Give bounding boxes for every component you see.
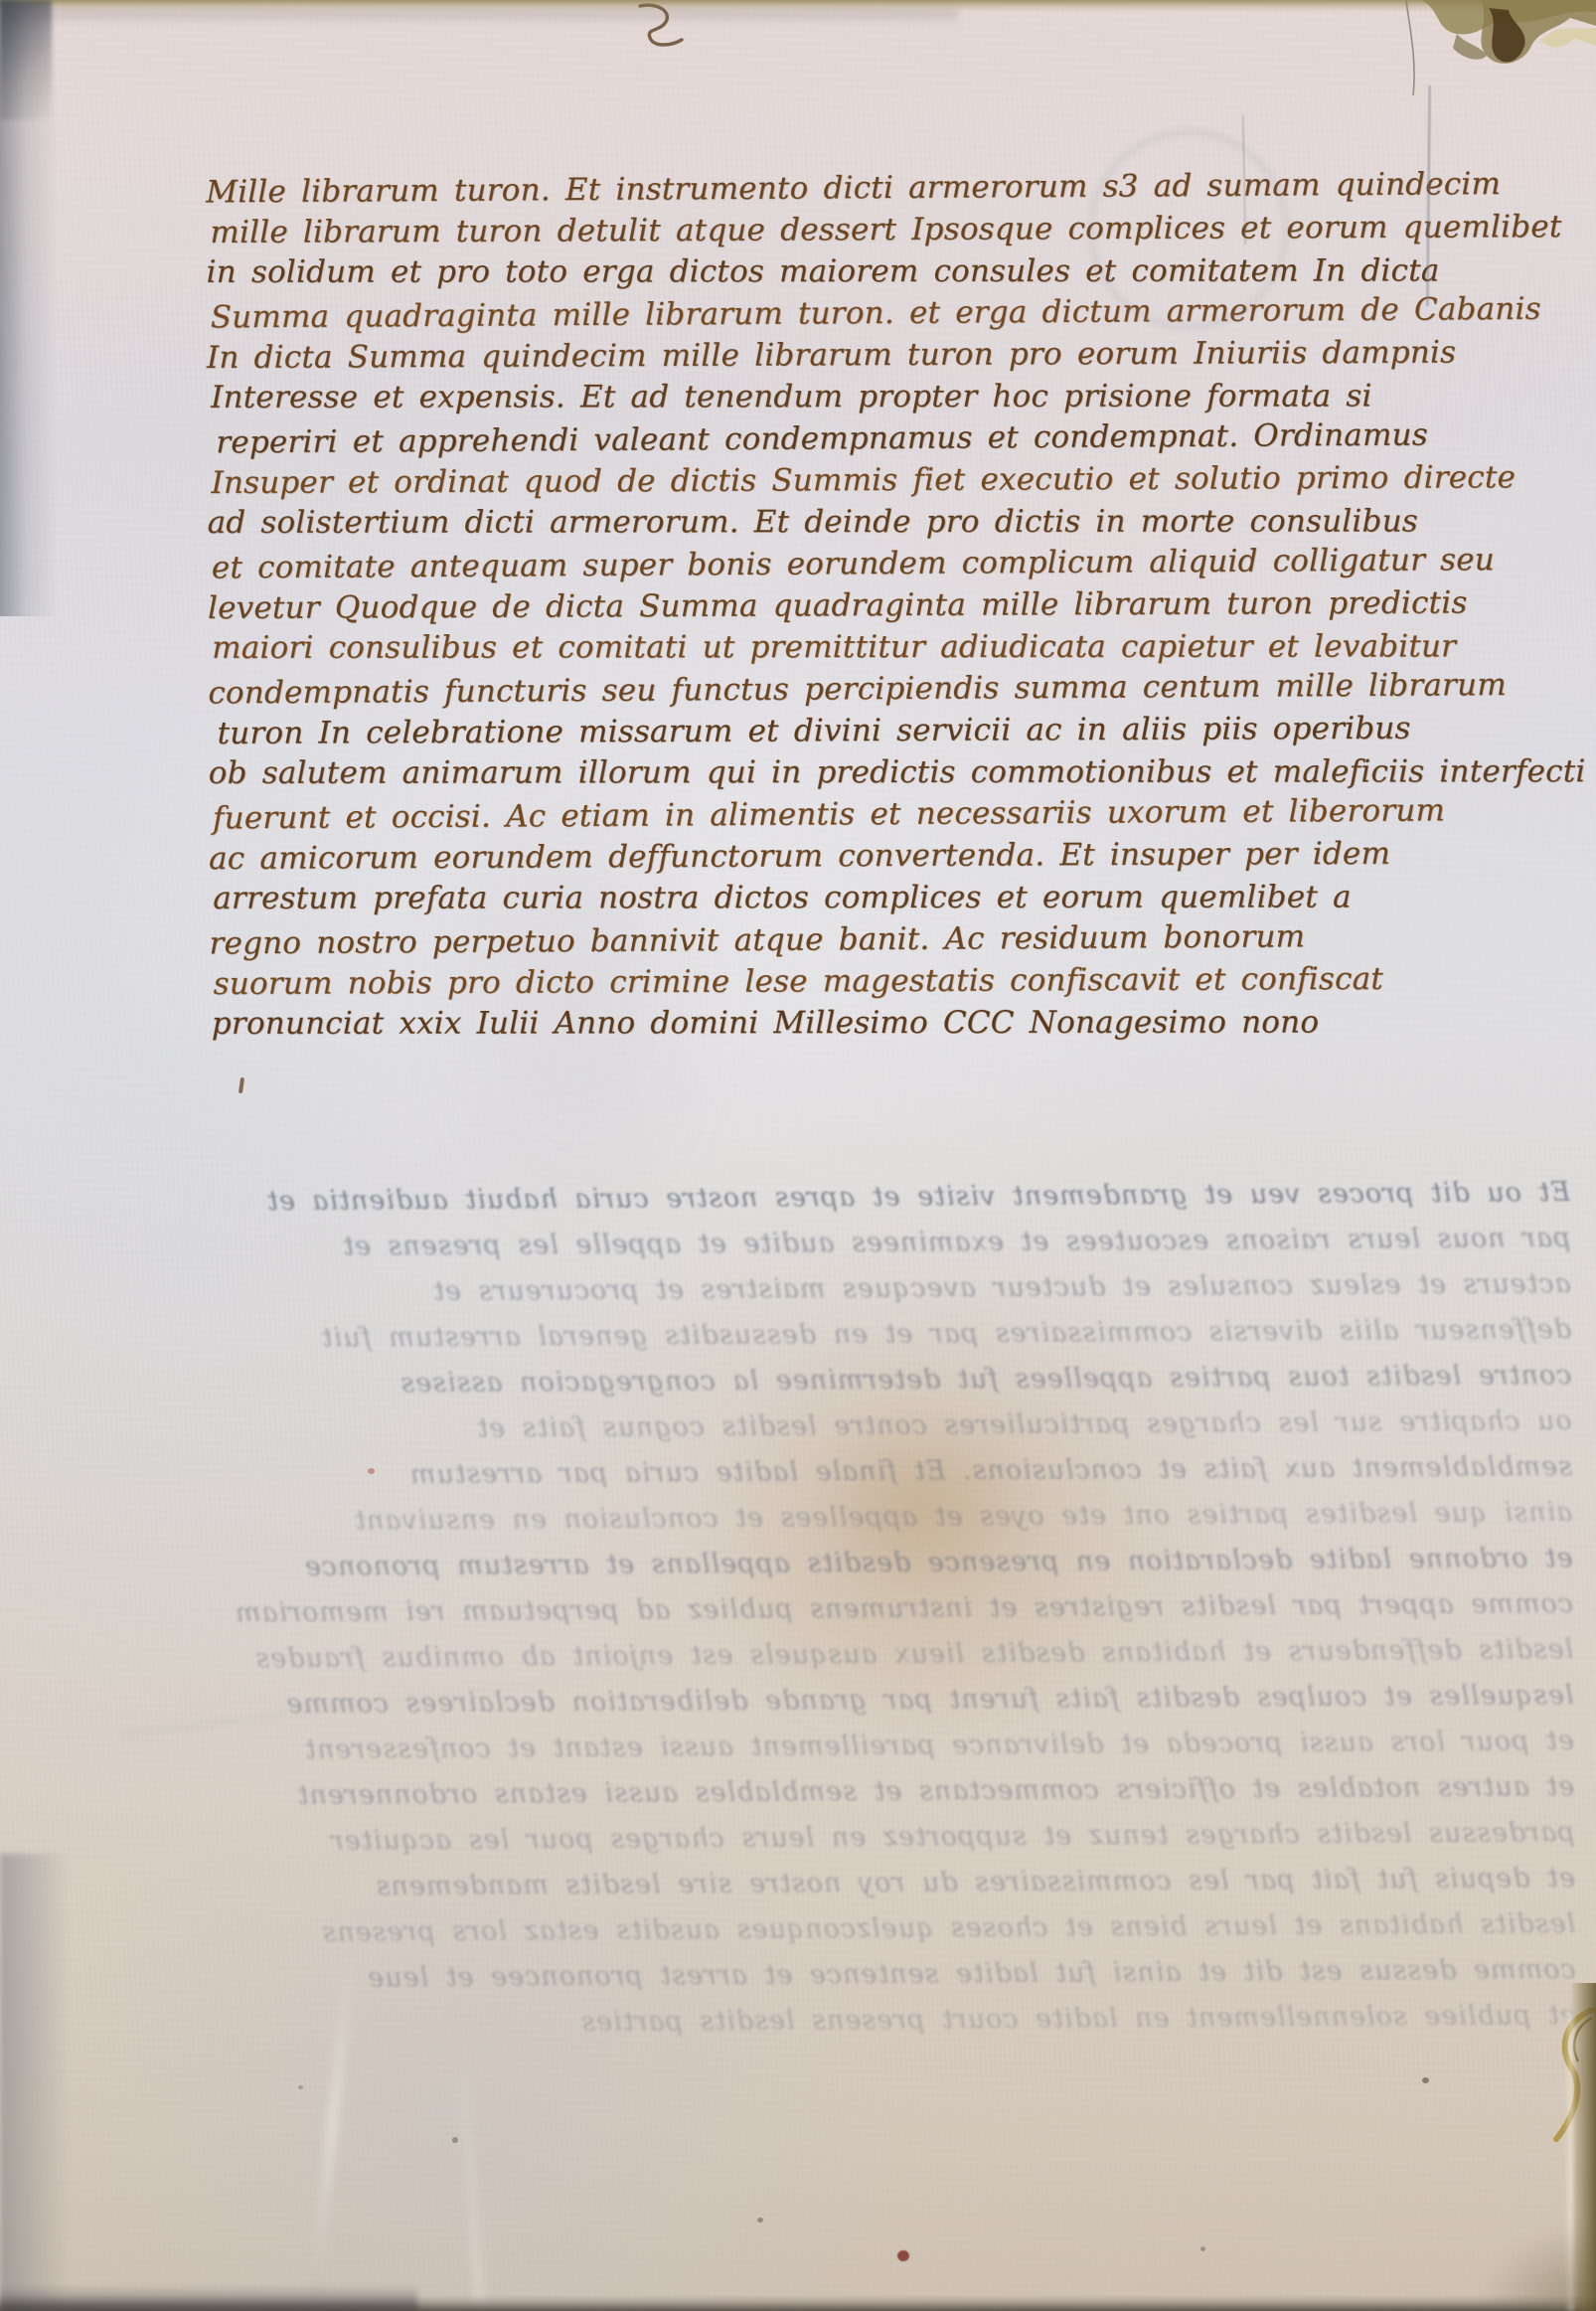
manuscript-line: et comitate antequam super bonis eorunde… <box>212 539 1559 589</box>
manuscript-line: ad solistertium dicti armerorum. Et dein… <box>208 500 1559 544</box>
parchment-damage-top-right <box>1361 0 1596 149</box>
manuscript-line: pronunciat xxix Iulii Anno domini Milles… <box>212 1001 1561 1045</box>
page-left-edge-shadow-bottom <box>0 1854 70 2311</box>
manuscript-line: arrestum prefata curia nostra dictos com… <box>213 876 1560 919</box>
manuscript-line: fuerunt et occisi. Ac etiam in alimentis… <box>213 789 1560 840</box>
manuscript-line: in solidum et pro toto erga dictos maior… <box>207 249 1558 293</box>
dark-speck <box>1200 2246 1205 2251</box>
page-bottom-edge-left <box>0 2285 417 2311</box>
manuscript-line: mille librarum turon detulit atque desse… <box>210 206 1557 253</box>
manuscript-line: ob salutem animarum illorum qui in predi… <box>209 750 1560 794</box>
manuscript-line: maiori consulibus et comitati ut premitt… <box>212 625 1559 669</box>
bleedthrough-line: et publiee solennellement en ladite cour… <box>239 1993 1576 2048</box>
manuscript-line: Summa quadraginta mille librarum turon. … <box>211 288 1558 339</box>
seal-ghost-ring <box>1088 129 1289 330</box>
stray-ink-mark <box>239 1077 244 1093</box>
manuscript-line: condempnatis functuris seu functus perci… <box>208 664 1559 715</box>
manuscript-text-block: Mille librarum turon. Et instrumento dic… <box>206 164 1561 1047</box>
manuscript-line: regno nostro perpetuo bannivit atque ban… <box>209 914 1560 965</box>
manuscript-line: reperiri et apprehendi valeant condempna… <box>216 413 1558 464</box>
manuscript-line: Interesse et expensis. Et ad tenendum pr… <box>211 375 1558 418</box>
parchment-crease <box>457 2028 483 2306</box>
dark-speck <box>757 2218 763 2223</box>
red-speck <box>368 1468 375 1474</box>
manuscript-line: Mille librarum turon. Et instrumento dic… <box>206 163 1557 214</box>
page-corner-bottom-right <box>1477 2222 1596 2311</box>
manuscript-line: suorum nobis pro dicto crimine lese mage… <box>214 957 1561 1005</box>
page-corner-top-left <box>0 0 52 119</box>
manuscript-line: levetur Quodque de dicta Summa quadragin… <box>208 581 1559 629</box>
manuscript-line: Insuper et ordinat quod de dictis Summis… <box>211 456 1558 504</box>
dark-speck <box>452 2137 458 2143</box>
manuscript-page-photo: Et ou dit proces veu et grandement visit… <box>0 0 1596 2311</box>
manuscript-line: In dicta Summa quindecim mille librarum … <box>207 331 1558 379</box>
red-wax-speck <box>897 2250 909 2261</box>
verso-bleedthrough-block: Et ou dit proces veu et grandement visit… <box>114 1170 1576 2049</box>
manuscript-line: turon In celebratione missarum et divini… <box>217 707 1559 754</box>
page-top-edge-shadow <box>0 10 958 24</box>
dark-speck <box>1422 2077 1429 2083</box>
manuscript-line: ac amicorum eorundem deffunctorum conver… <box>209 832 1560 880</box>
dark-speck <box>298 2085 303 2089</box>
